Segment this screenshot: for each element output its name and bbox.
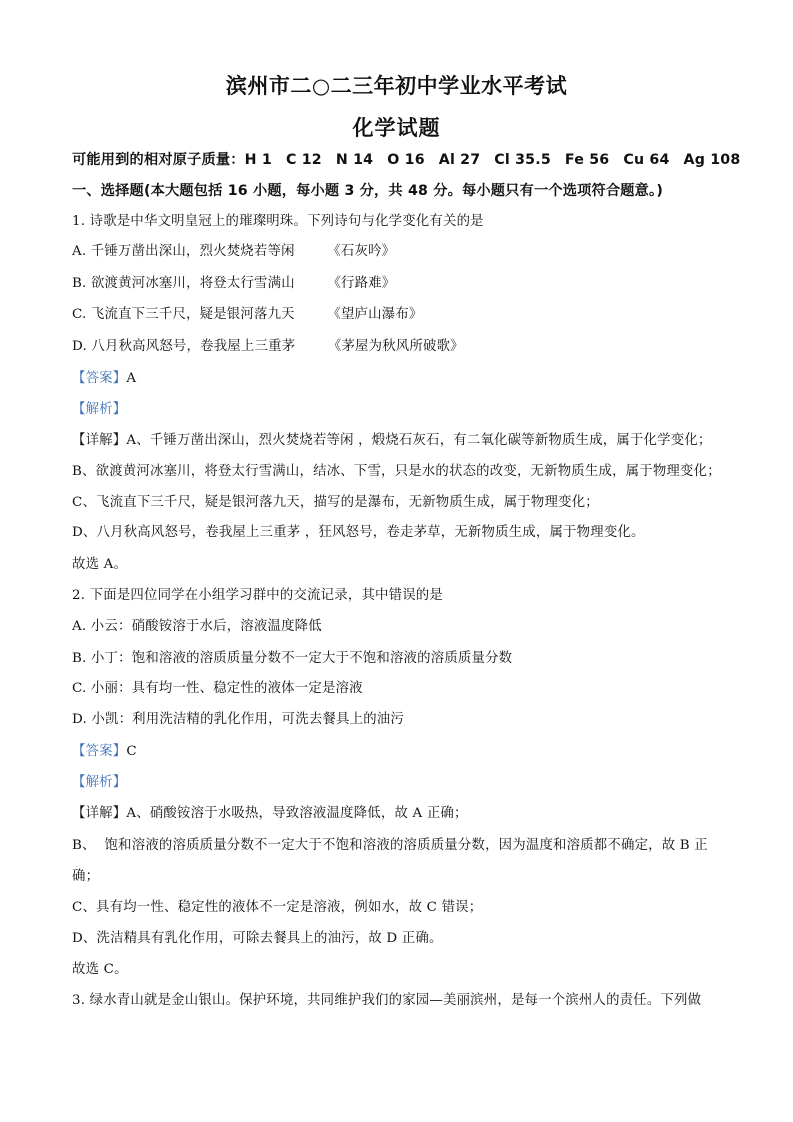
detail-tag: 【详解】 xyxy=(72,806,126,821)
question-2-option-d: D. 小凯：利用洗洁精的乳化作用，可洗去餐具上的油污 xyxy=(72,711,404,729)
question-2-detail-line: 确； xyxy=(72,868,99,886)
option-label: D. xyxy=(72,339,87,354)
atomic-mass: Ag 108 xyxy=(684,152,741,168)
question-2-conclusion: 故选 C。 xyxy=(72,961,128,979)
question-2-detail-line: 【详解】A、硝酸铵溶于水吸热，导致溶液温度降低，故 A 正确； xyxy=(72,805,468,823)
question-1-detail-line: B、欲渡黄河冰塞川，将登太行雪满山，结冰、下雪，只是水的状态的改变，无新物质生成… xyxy=(72,463,721,481)
option-text: 千锤万凿出深山，烈火焚烧若等闲 xyxy=(91,243,323,261)
exam-page: 滨州市二○二三年初中学业水平考试 化学试题 可能用到的相对原子质量：H 1C 1… xyxy=(0,0,793,1122)
option-source: 《石灰吟》 xyxy=(327,243,395,261)
option-text: 欲渡黄河冰塞川，将登太行雪满山 xyxy=(91,275,323,293)
atomic-mass: Cl 35.5 xyxy=(494,152,551,168)
option-source: 《茅屋为秋风所破歌》 xyxy=(328,338,464,356)
atomic-mass: N 14 xyxy=(336,152,373,168)
question-1-conclusion: 故选 A。 xyxy=(72,556,127,574)
answer-value: C xyxy=(126,744,136,759)
option-source: 《望庐山瀑布》 xyxy=(327,306,422,324)
atomic-mass: Cu 64 xyxy=(623,152,669,168)
question-1-detail-line: D、八月秋高风怒号，卷我屋上三重茅 ，狂风怒号，卷走茅草，无新物质生成，属于物理… xyxy=(72,524,645,542)
atomic-mass: Fe 56 xyxy=(565,152,609,168)
exam-subtitle: 化学试题 xyxy=(0,112,793,142)
option-text: 八月秋高风怒号，卷我屋上三重茅 xyxy=(91,338,323,356)
question-2-option-b: B. 小丁：饱和溶液的溶质质量分数不一定大于不饱和溶液的溶质质量分数 xyxy=(72,650,512,668)
atomic-masses-line: 可能用到的相对原子质量：H 1C 12N 14O 16Al 27Cl 35.5F… xyxy=(72,151,740,169)
section-heading: 一、选择题(本大题包括 16 小题，每小题 3 分，共 48 分。每小题只有一个… xyxy=(72,182,663,200)
question-1-option-c: C. 飞流直下三千尺，疑是银河落九天 《望庐山瀑布》 xyxy=(72,306,423,324)
question-2-option-c: C. 小丽：具有均一性、稳定性的液体一定是溶液 xyxy=(72,680,363,698)
atomic-masses-label: 可能用到的相对原子质量： xyxy=(72,152,245,168)
detail-text: A、硝酸铵溶于水吸热，导致溶液温度降低，故 A 正确； xyxy=(126,806,467,821)
option-label: A. xyxy=(72,619,86,634)
question-2-answer: 【答案】C xyxy=(72,743,137,761)
question-3-stem: 3. 绿水青山就是金山银山。保护环境，共同维护我们的家园—美丽滨州，是每一个滨州… xyxy=(72,992,701,1010)
question-2-detail-line: D、洗洁精具有乳化作用，可除去餐具上的油污，故 D 正确。 xyxy=(72,930,443,948)
exam-title: 滨州市二○二三年初中学业水平考试 xyxy=(0,70,793,100)
option-label: B. xyxy=(72,276,87,291)
question-1-stem: 1. 诗歌是中华文明皇冠上的璀璨明珠。下列诗句与化学变化有关的是 xyxy=(72,213,484,231)
atomic-mass: Al 27 xyxy=(439,152,481,168)
question-1-analysis-tag: 【解析】 xyxy=(72,401,126,419)
option-text: 飞流直下三千尺，疑是银河落九天 xyxy=(91,306,323,324)
atomic-mass: H 1 xyxy=(245,152,272,168)
question-1-detail-line: C、飞流直下三千尺，疑是银河落九天，描写的是瀑布，无新物质生成，属于物理变化； xyxy=(72,494,599,512)
question-1-answer: 【答案】A xyxy=(72,370,136,388)
option-label: C. xyxy=(72,681,86,696)
question-1-option-a: A. 千锤万凿出深山，烈火焚烧若等闲 《石灰吟》 xyxy=(72,243,395,261)
question-2-detail-line: B、 饱和溶液的溶质质量分数不一定大于不饱和溶液的溶质质量分数，因为温度和溶质都… xyxy=(72,837,708,855)
option-label: D. xyxy=(72,712,87,727)
question-2-analysis-tag: 【解析】 xyxy=(72,774,126,792)
question-1-option-b: B. 欲渡黄河冰塞川，将登太行雪满山 《行路难》 xyxy=(72,275,395,293)
option-label: A. xyxy=(72,244,86,259)
option-text: 小云：硝酸铵溶于水后，溶液温度降低 xyxy=(91,619,322,634)
answer-tag: 【答案】 xyxy=(72,744,126,759)
question-1-detail-line: 【详解】A、千锤万凿出深山，烈火焚烧若等闲 ，煅烧石灰石，有二氧化碳等新物质生成… xyxy=(72,432,712,450)
question-2-stem: 2. 下面是四位同学在小组学习群中的交流记录，其中错误的是 xyxy=(72,587,443,605)
question-2-detail-line: C、具有均一性、稳定性的液体不一定是溶液，例如水，故 C 错误； xyxy=(72,899,482,917)
option-source: 《行路难》 xyxy=(327,275,395,293)
option-text: 小丁：饱和溶液的溶质质量分数不一定大于不饱和溶液的溶质质量分数 xyxy=(91,651,512,666)
detail-tag: 【详解】 xyxy=(72,433,126,448)
option-text: 小凯：利用洗洁精的乳化作用，可洗去餐具上的油污 xyxy=(91,712,404,727)
option-label: B. xyxy=(72,651,87,666)
question-2-option-a: A. 小云：硝酸铵溶于水后，溶液温度降低 xyxy=(72,618,322,636)
option-text: 小丽：具有均一性、稳定性的液体一定是溶液 xyxy=(91,681,363,696)
option-label: C. xyxy=(72,307,86,322)
atomic-mass: O 16 xyxy=(387,152,425,168)
detail-text: A、千锤万凿出深山，烈火焚烧若等闲 ，煅烧石灰石，有二氧化碳等新物质生成，属于化… xyxy=(126,433,711,448)
answer-value: A xyxy=(126,371,136,386)
answer-tag: 【答案】 xyxy=(72,371,126,386)
atomic-mass: C 12 xyxy=(286,152,322,168)
question-1-option-d: D. 八月秋高风怒号，卷我屋上三重茅 《茅屋为秋风所破歌》 xyxy=(72,338,464,356)
